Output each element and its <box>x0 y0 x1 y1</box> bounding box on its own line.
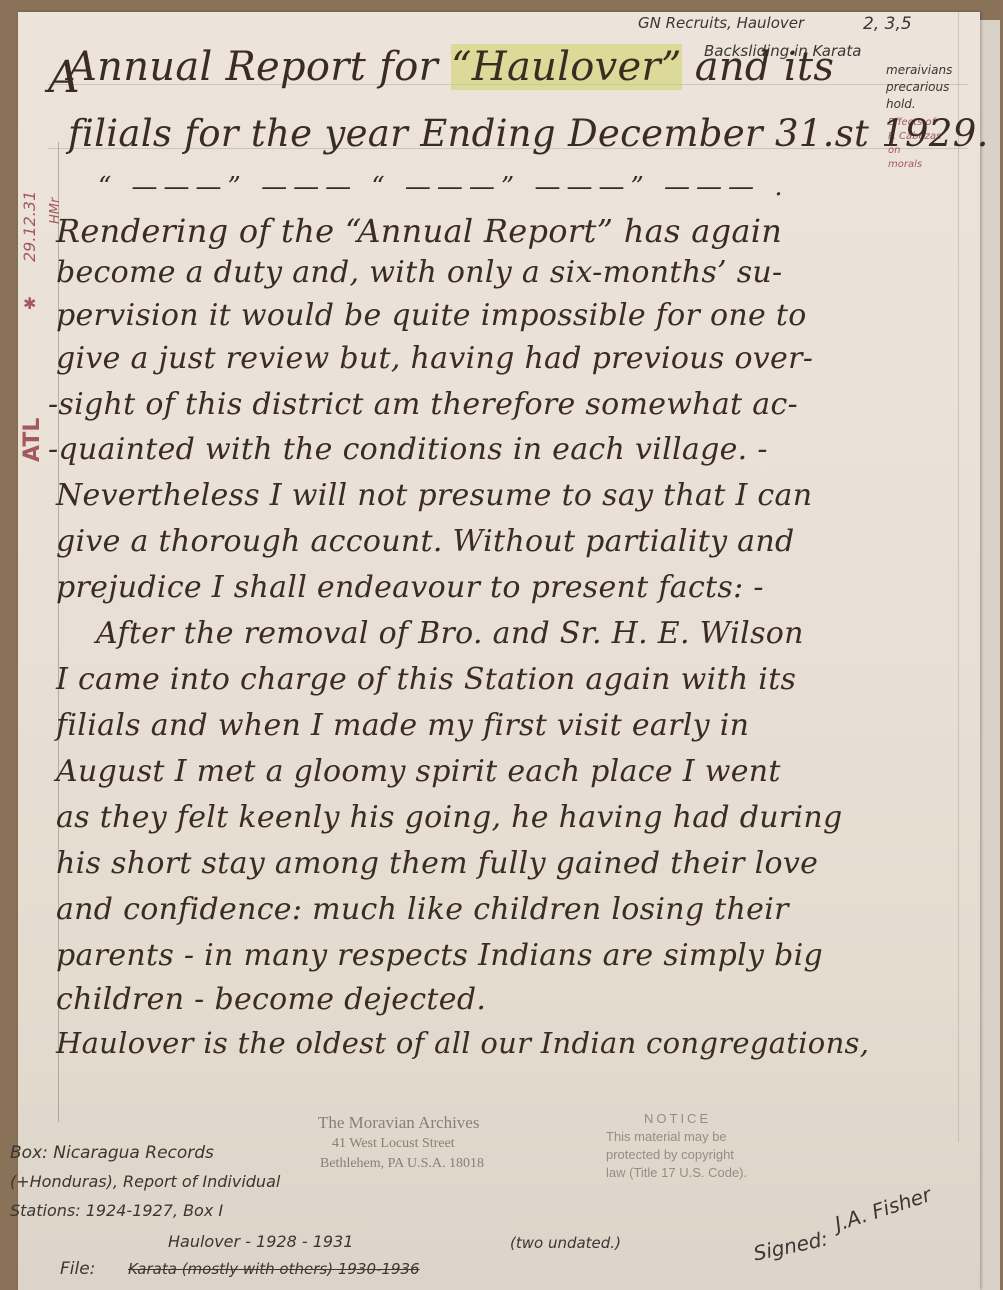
right-rule <box>958 12 959 1142</box>
title-line-1: Annual Report for “Haulover” and its <box>68 44 834 90</box>
body-line: After the removal of Bro. and Sr. H. E. … <box>96 616 804 651</box>
body-line: parents - in many respects Indians are s… <box>56 938 823 973</box>
red-atl-mark: ATL <box>20 418 45 462</box>
right-pencil-note: meraivians precarious hold. <box>886 62 952 113</box>
body-line: -sight of this district am therefore som… <box>48 387 798 422</box>
file-struck-text: Karata (mostly with others) 1930-1936 <box>128 1260 420 1278</box>
signed-label: Signed: <box>751 1226 830 1265</box>
red-date-stamp: 29.12.31 <box>20 191 39 262</box>
body-line: pervision it would be quite impossible f… <box>56 298 807 333</box>
body-line: Rendering of the “Annual Report” has aga… <box>56 212 782 250</box>
body-line: children - become dejected. <box>56 982 486 1017</box>
body-line: become a duty and, with only a six-month… <box>56 255 782 290</box>
body-line: August I met a gloomy spirit each place … <box>56 754 781 789</box>
body-line: -quainted with the conditions in each vi… <box>48 432 768 467</box>
body-line: Haulover is the oldest of all our Indian… <box>56 1026 869 1060</box>
highlighted-station-name: “Haulover” <box>451 44 682 90</box>
body-line: prejudice I shall endeavour to present f… <box>56 570 764 605</box>
document-page: A GN Recruits, Haulover 2, 3,5 Backslidi… <box>18 12 980 1290</box>
archive-stamp: The Moravian Archives 41 West Locust Str… <box>318 1112 484 1174</box>
red-blot: ✱ <box>23 294 36 313</box>
divider-line: “ ———” ——— “ ———” ———” ——— . <box>98 172 789 202</box>
page-numbers: 2, 3,5 <box>863 14 912 34</box>
file-value: Haulover - 1928 - 1931 <box>168 1232 353 1251</box>
body-line: give a just review but, having had previ… <box>56 341 813 376</box>
catalog-note: Box: Nicaragua Records (+Honduras), Repo… <box>10 1138 280 1226</box>
signature-name: J.A. Fisher <box>832 1182 934 1236</box>
body-line: I came into charge of this Station again… <box>56 662 796 697</box>
file-label: File: <box>60 1259 95 1279</box>
copyright-notice-stamp: NOTICE This material may be protected by… <box>606 1110 747 1182</box>
body-line: give a thorough account. Without partial… <box>56 524 794 559</box>
annotation-top-1: GN Recruits, Haulover <box>638 14 804 32</box>
file-note: (two undated.) <box>510 1234 621 1252</box>
body-line: filials and when I made my first visit e… <box>56 708 749 743</box>
title-line-2: filials for the year Ending December 31.… <box>68 112 989 155</box>
body-line: Nevertheless I will not presume to say t… <box>56 478 812 513</box>
body-line: and confidence: much like children losin… <box>56 892 789 927</box>
body-line: his short stay among them fully gained t… <box>56 846 818 881</box>
body-line: as they felt keenly his going, he having… <box>56 800 843 835</box>
